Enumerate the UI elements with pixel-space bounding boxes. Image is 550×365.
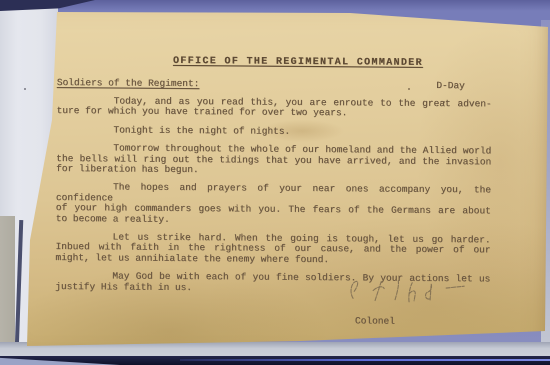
letter-paragraph: Today, and as you read this, you are enr… (57, 96, 492, 120)
letter-heading-row: OFFICE OF THE REGIMENTAL COMMANDER (57, 55, 492, 70)
letter-heading: OFFICE OF THE REGIMENTAL COMMANDER (173, 56, 423, 70)
letter-body: Today, and as you read this, you are enr… (55, 96, 492, 296)
letter-content: OFFICE OF THE REGIMENTAL COMMANDER Soldi… (55, 55, 492, 338)
dust-speck (24, 88, 26, 90)
sleeve-highlight-line (180, 359, 550, 361)
handwritten-signature-icon (343, 274, 478, 309)
letter-paragraph: Let us strike hard. When the going is to… (55, 232, 490, 267)
salutation: Soldiers of the Regiment: (57, 77, 200, 89)
dateline: D-Day (436, 80, 465, 91)
letter-paragraph: Tomorrow throughout the whole of our hom… (56, 143, 491, 178)
signature-title: Colonel (355, 316, 395, 327)
letter-line: Tonight is the night of nights. (56, 125, 491, 139)
bottom-left-gray-strip (0, 216, 15, 352)
letter-paper: OFFICE OF THE REGIMENTAL COMMANDER Soldi… (0, 0, 550, 365)
letter-paragraph: Tonight is the night of nights. (56, 125, 491, 139)
document-photo: OFFICE OF THE REGIMENTAL COMMANDER Soldi… (0, 0, 550, 365)
salutation-row: Soldiers of the Regiment: D-Day (57, 77, 492, 91)
letter-paragraph: The hopes and prayers of your near ones … (56, 182, 491, 227)
